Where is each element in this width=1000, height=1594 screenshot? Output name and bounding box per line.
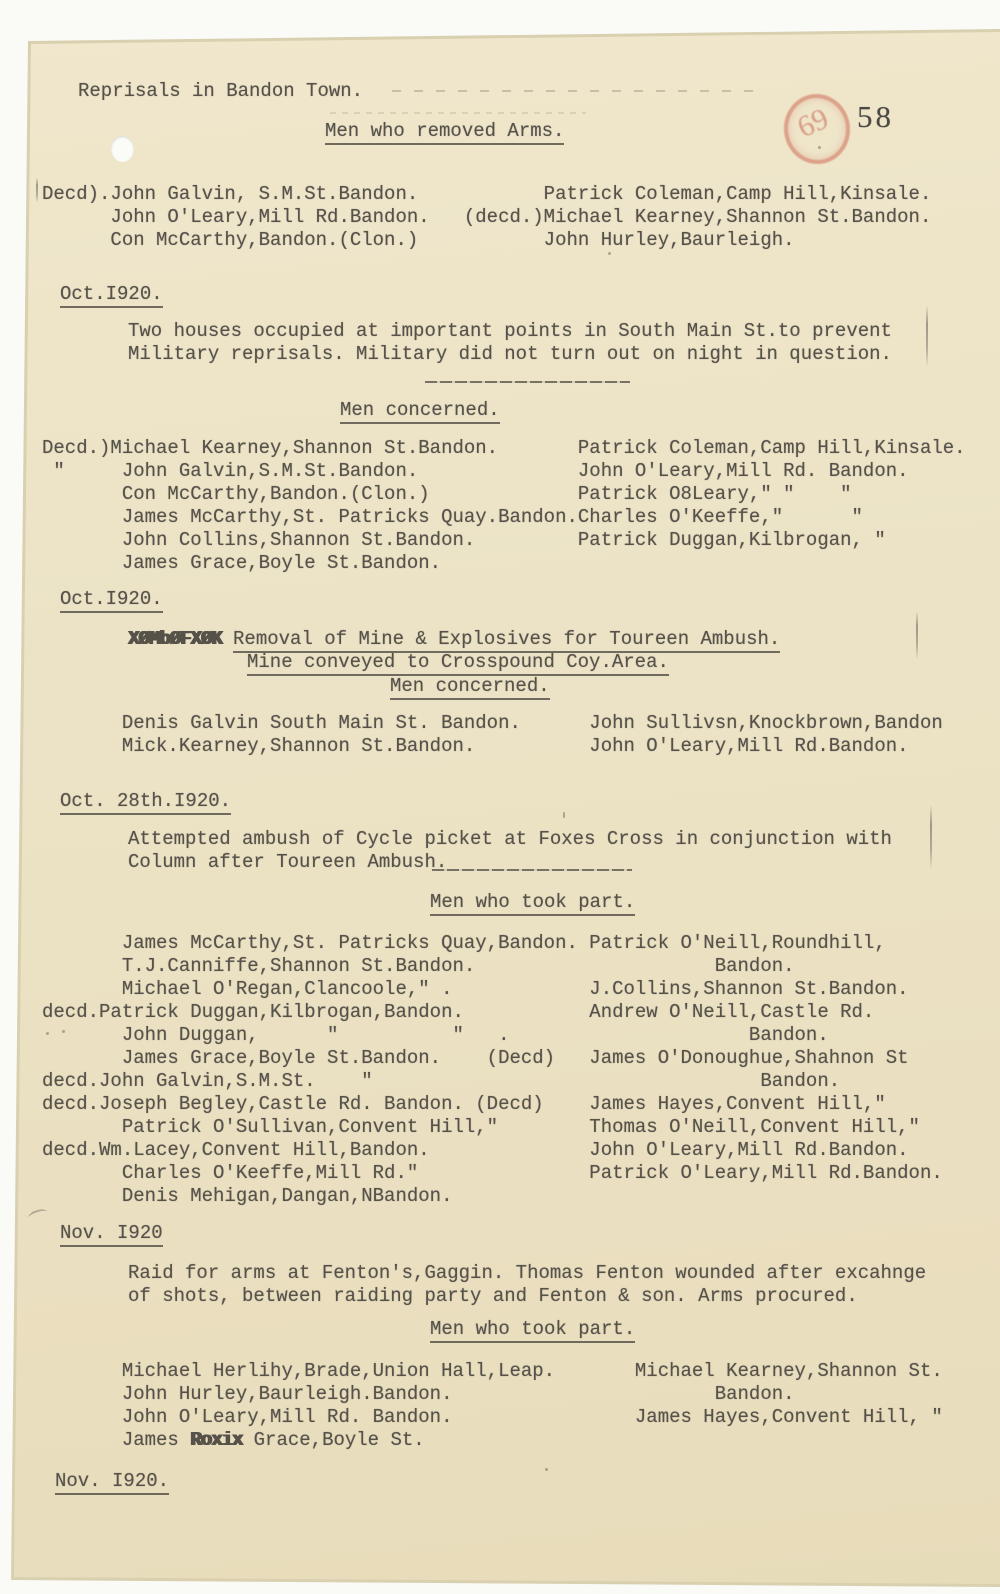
date-heading-oct-1920-a: Oct.I920. <box>60 283 163 306</box>
heading-mine-conveyed: Mine conveyed to Crosspound Coy.Area. <box>247 651 669 674</box>
list-row: Con McCarthy,Bandon.(Clon.) Patrick O8Le… <box>42 483 966 506</box>
list-removed-arms: Decd).John Galvin, S.M.St.Bandon. Patric… <box>42 183 931 252</box>
date-text: Oct.I920. <box>60 283 163 308</box>
list-row: John O'Leary,Mill Rd.Bandon. (decd.)Mich… <box>42 206 931 229</box>
section-heading-men-concerned-2: Men concerned. <box>390 675 550 698</box>
noise-dot <box>46 1032 49 1035</box>
list-mine-men: Denis Galvin South Main St. Bandon. John… <box>42 712 943 758</box>
list-row: decd.Wm.Lacey,Convent Hill,Bandon. John … <box>42 1139 943 1162</box>
section-heading-removed-arms: Men who removed Arms. <box>325 120 564 143</box>
list-row-james-grace: James Roxix Grace,Boyle St. <box>42 1429 425 1452</box>
list-row: John Hurley,Baurleigh.Bandon. Bandon. <box>42 1383 943 1406</box>
row-prefix: James <box>42 1429 190 1451</box>
list-row: Decd).John Galvin, S.M.St.Bandon. Patric… <box>42 183 931 206</box>
heading-text: Men concerned. <box>340 399 500 424</box>
list-row: decd.Patrick Duggan,Kilbrogan,Bandon. An… <box>42 1001 943 1024</box>
date-heading-oct-1920-b: Oct.I920. <box>60 588 163 611</box>
paragraph-line: Attempted ambush of Cycle picket at Foxe… <box>128 828 892 851</box>
paragraph-line: Raid for arms at Fenton's,Gaggin. Thomas… <box>128 1262 926 1285</box>
noise-dot <box>62 1030 65 1033</box>
section-heading-took-part-1: Men who took part. <box>430 891 635 914</box>
paragraph-raid: Raid for arms at Fenton's,Gaggin. Thomas… <box>128 1262 926 1308</box>
section-heading-men-concerned-1: Men concerned. <box>340 399 500 422</box>
pencil-mark-houses <box>926 306 928 366</box>
divider-rule <box>425 381 630 383</box>
heading-mine-removal: XØMbØFXØK Removal of Mine & Explosives f… <box>128 628 780 651</box>
heading-text: Removal of Mine & Explosives for Toureen… <box>233 628 780 653</box>
date-text: Oct.I920. <box>60 588 163 613</box>
paragraph-line: Two houses occupied at important points … <box>128 320 892 343</box>
noise-mark <box>563 812 565 818</box>
paragraph-line: of shots, between raiding party and Fent… <box>128 1285 926 1308</box>
faint-dotted-line <box>330 112 586 114</box>
date-heading-oct-28-1920: Oct. 28th.I920. <box>60 790 231 813</box>
overtyped-strikeout: Roxix <box>190 1429 242 1451</box>
list-row: John O'Leary,Mill Rd. Bandon. James Haye… <box>42 1406 943 1429</box>
paragraph-ambush: Attempted ambush of Cycle picket at Foxe… <box>128 828 892 874</box>
page-number: 58 <box>857 99 894 135</box>
heading-text: Men concerned. <box>390 675 550 700</box>
stamp-number: 69 <box>793 102 834 145</box>
divider-rule <box>432 869 632 871</box>
row-suffix: Grace,Boyle St. <box>242 1429 424 1451</box>
list-row: James Grace,Boyle St.Bandon. <box>42 552 966 575</box>
heading-text: Mine conveyed to Crosspound Coy.Area. <box>247 651 669 676</box>
noise-dot <box>545 1468 548 1471</box>
list-row: decd.John Galvin,S.M.St. " Bandon. <box>42 1070 943 1093</box>
list-took-part-1: James McCarthy,St. Patricks Quay,Bandon.… <box>42 932 943 1208</box>
list-row: Decd.)Michael Kearney,Shannon St.Bandon.… <box>42 437 966 460</box>
list-row: John Collins,Shannon St.Bandon. Patrick … <box>42 529 966 552</box>
list-row: decd.Joseph Begley,Castle Rd. Bandon. (D… <box>42 1093 943 1116</box>
hole-punch <box>111 136 134 162</box>
list-row: Denis Galvin South Main St. Bandon. John… <box>42 712 943 735</box>
date-text: Nov. I920 <box>60 1222 163 1247</box>
overtyped-strikeout: XØMbØFXØK <box>128 628 222 650</box>
pencil-mark-ambush <box>930 806 932 868</box>
date-text: Oct. 28th.I920. <box>60 790 231 815</box>
list-row: Charles O'Keeffe,Mill Rd." Patrick O'Lea… <box>42 1162 943 1185</box>
faint-dash-line <box>392 90 764 92</box>
pencil-mark-left-margin <box>36 178 38 202</box>
list-row: T.J.Canniffe,Shannon St.Bandon. Bandon. <box>42 955 943 978</box>
date-text: Nov. I920. <box>55 1470 169 1495</box>
list-row: " John Galvin,S.M.St.Bandon. John O'Lear… <box>42 460 966 483</box>
heading-text: Men who took part. <box>430 891 635 916</box>
pencil-mark-mine <box>916 612 918 658</box>
date-heading-nov-1920-b: Nov. I920. <box>55 1470 169 1493</box>
date-heading-nov-1920-a: Nov. I920 <box>60 1222 163 1245</box>
heading-text: Men who took part. <box>430 1318 635 1343</box>
list-row: Denis Mehigan,Dangan,NBandon. <box>42 1185 943 1208</box>
heading-text: Men who removed Arms. <box>325 120 564 145</box>
spacer <box>222 628 233 650</box>
list-took-part-2: Michael Herlihy,Brade,Union Hall,Leap. M… <box>42 1360 943 1429</box>
list-row: Michael O'Regan,Clancoole," . J.Collins,… <box>42 978 943 1001</box>
noise-dot <box>818 146 821 149</box>
list-row: John Duggan, " " . Bandon. <box>42 1024 943 1047</box>
doc-title: Reprisals in Bandon Town. <box>78 80 363 103</box>
list-row: Mick.Kearney,Shannon St.Bandon. John O'L… <box>42 735 943 758</box>
list-row: James McCarthy,St. Patricks Quay,Bandon.… <box>42 932 943 955</box>
list-row: Patrick O'Sullivan,Convent Hill," Thomas… <box>42 1116 943 1139</box>
list-row: Con McCarthy,Bandon.(Clon.) John Hurley,… <box>42 229 931 252</box>
list-row: Michael Herlihy,Brade,Union Hall,Leap. M… <box>42 1360 943 1383</box>
paragraph-houses: Two houses occupied at important points … <box>128 320 892 366</box>
list-row: James Grace,Boyle St.Bandon. (Decd) Jame… <box>42 1047 943 1070</box>
section-heading-took-part-2: Men who took part. <box>430 1318 635 1341</box>
noise-dot <box>608 252 611 255</box>
list-men-concerned: Decd.)Michael Kearney,Shannon St.Bandon.… <box>42 437 966 575</box>
paragraph-line: Military reprisals. Military did not tur… <box>128 343 892 366</box>
list-row: James McCarthy,St. Patricks Quay.Bandon.… <box>42 506 966 529</box>
